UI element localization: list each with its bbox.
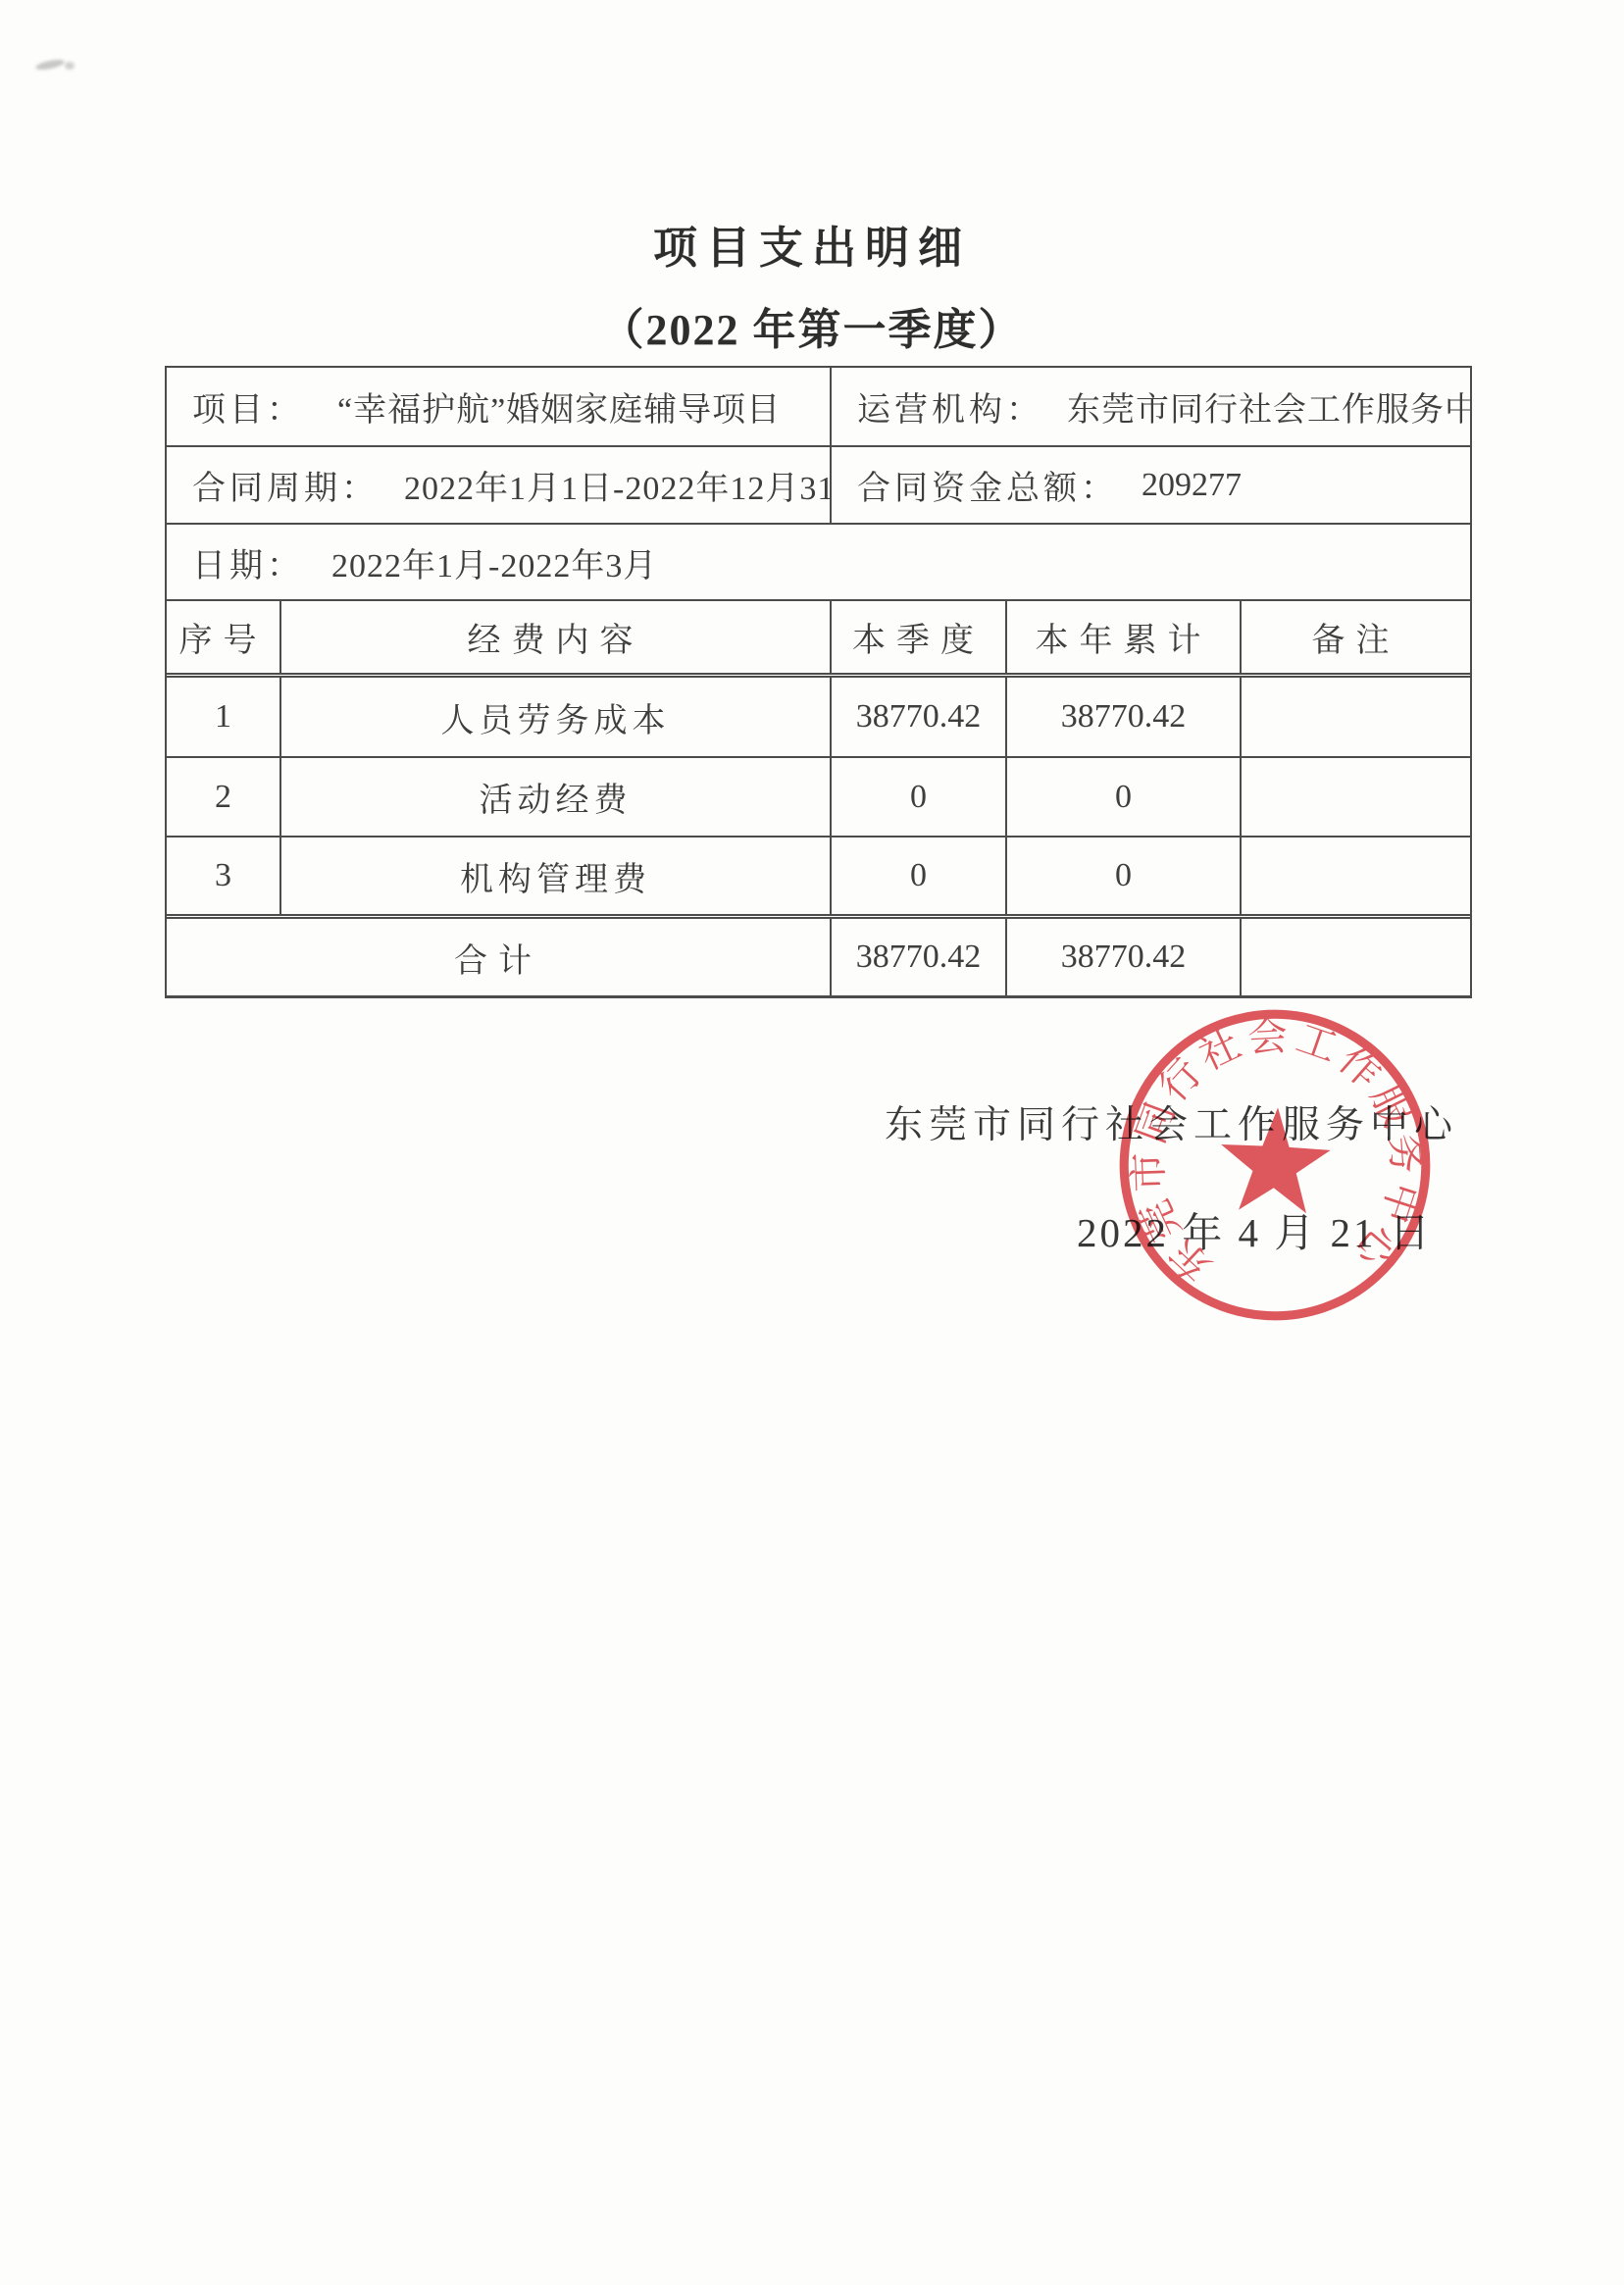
table-row: 2 活动经费 0 0 — [167, 756, 1470, 836]
header-quarter: 本季度 — [830, 601, 1005, 673]
project-value: “幸福护航”婚姻家庭辅导项目 — [337, 382, 781, 431]
row-ytd: 0 — [1005, 838, 1240, 914]
info-row-contract: 合同周期： 2022年1月1日-2022年12月31日 合同资金总额： 2092… — [167, 445, 1470, 523]
row-quarter: 38770.42 — [830, 678, 1005, 756]
table-total-row: 合计 38770.42 38770.42 — [167, 914, 1470, 995]
contract-period-value: 2022年1月1日-2022年12月31日 — [404, 461, 830, 509]
contract-period-cell: 合同周期： 2022年1月1日-2022年12月31日 — [167, 447, 830, 523]
row-note — [1240, 838, 1470, 914]
table-header-row: 序号 经费内容 本季度 本年累计 备注 — [167, 599, 1470, 678]
operator-label: 运营机构： — [857, 382, 1043, 431]
row-note — [1240, 758, 1470, 836]
official-seal-stamp: 东莞市同行社会工作服务中心 — [1097, 988, 1452, 1343]
total-ytd: 38770.42 — [1005, 919, 1240, 995]
row-quarter: 0 — [830, 838, 1005, 914]
row-content: 人员劳务成本 — [279, 678, 830, 756]
row-content: 机构管理费 — [279, 838, 830, 914]
contract-period-label: 合同周期： — [192, 461, 379, 509]
table-row: 3 机构管理费 0 0 — [167, 836, 1470, 914]
row-ytd: 0 — [1005, 758, 1240, 836]
date-range-value: 2022年1月-2022年3月 — [331, 538, 657, 586]
scan-smudge-artifact — [35, 55, 82, 71]
contract-fund-value: 209277 — [1142, 467, 1242, 504]
contract-fund-label: 合同资金总额： — [857, 461, 1118, 509]
total-label: 合计 — [167, 919, 830, 995]
total-note — [1240, 919, 1470, 995]
row-quarter: 0 — [830, 758, 1005, 836]
total-quarter: 38770.42 — [830, 919, 1005, 995]
document-title: 项目支出明细 — [0, 212, 1624, 276]
operator-cell: 运营机构： 东莞市同行社会工作服务中心 — [830, 368, 1470, 445]
header-no: 序号 — [167, 601, 279, 673]
table-row: 1 人员劳务成本 38770.42 38770.42 — [167, 678, 1470, 756]
header-content: 经费内容 — [279, 601, 830, 673]
row-ytd: 38770.42 — [1005, 678, 1240, 756]
header-note: 备注 — [1240, 601, 1470, 673]
date-range-label: 日期： — [192, 538, 304, 586]
info-row-date: 日期： 2022年1月-2022年3月 — [167, 523, 1470, 599]
project-label: 项目： — [192, 382, 304, 431]
row-note — [1240, 678, 1470, 756]
row-no: 3 — [167, 838, 279, 914]
row-no: 1 — [167, 678, 279, 756]
header-ytd: 本年累计 — [1005, 601, 1240, 673]
project-cell: 项目： “幸福护航”婚姻家庭辅导项目 — [167, 368, 830, 445]
date-range-cell: 日期： 2022年1月-2022年3月 — [167, 525, 1470, 599]
document-subtitle: （2022 年第一季度） — [0, 294, 1624, 357]
row-no: 2 — [167, 758, 279, 836]
contract-fund-cell: 合同资金总额： 209277 — [830, 447, 1470, 523]
info-row-project: 项目： “幸福护航”婚姻家庭辅导项目 运营机构： 东莞市同行社会工作服务中心 — [167, 368, 1470, 445]
red-star-icon — [1218, 1104, 1333, 1214]
row-content: 活动经费 — [279, 758, 830, 836]
operator-value: 东莞市同行社会工作服务中心 — [1067, 382, 1470, 431]
scanned-document-page: 项目支出明细 （2022 年第一季度） 项目： “幸福护航”婚姻家庭辅导项目 运… — [0, 0, 1624, 2285]
expense-table: 项目： “幸福护航”婚姻家庭辅导项目 运营机构： 东莞市同行社会工作服务中心 合… — [165, 366, 1472, 998]
